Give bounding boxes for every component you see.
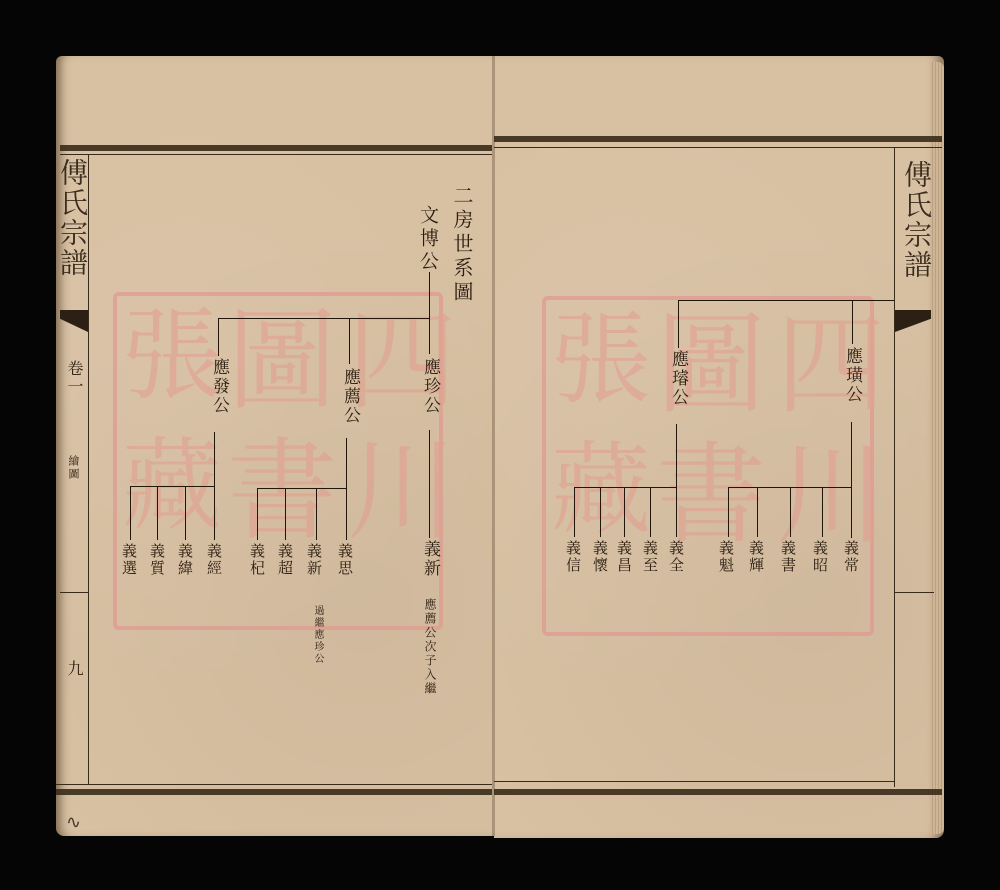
person-yijing: 義經: [206, 543, 221, 577]
person-yishu: 義書: [780, 540, 795, 574]
top-border-right: [494, 136, 942, 142]
person-yingzhen: 應珍公: [421, 358, 438, 415]
person-yingjian: 應薦公: [341, 368, 358, 425]
seal-char: 四: [776, 310, 886, 420]
section-label: 繪圖: [68, 455, 79, 481]
handwritten-mark: ∿: [66, 812, 81, 833]
person-yichao: 義超: [277, 543, 292, 577]
tree-line: [822, 487, 823, 537]
tree-line: [130, 486, 215, 487]
person-yiquan: 義全: [668, 540, 683, 574]
person-yiwei: 義緯: [177, 543, 192, 577]
tree-line: [574, 487, 677, 488]
open-book: 傅氏宗譜 傅氏宗譜 卷一 繪圖 九 四 川 圖 書 張 藏 四 川 圖 書 張 …: [0, 0, 1000, 890]
volume-label: 卷一: [66, 360, 82, 396]
person-yizhao: 義昭: [812, 540, 827, 574]
tree-line: [218, 318, 430, 319]
seal-char: 藏: [551, 440, 651, 540]
tree-line: [316, 488, 317, 540]
tree-line: [257, 488, 347, 489]
seal-char: 書: [227, 436, 337, 546]
person-yingfa: 應發公: [210, 358, 227, 415]
seal-char: 圖: [227, 306, 337, 416]
person-yixuan: 義選: [121, 543, 136, 577]
bottom-border-right: [494, 789, 942, 795]
margin-divider-right: [894, 592, 934, 593]
person-yizhi: 義質: [149, 543, 164, 577]
tree-line: [728, 487, 729, 537]
library-seal-right: 四 川 圖 書 張 藏: [542, 296, 874, 636]
person-yichang2: 義昌: [616, 540, 631, 574]
library-seal-left: 四 川 圖 書 張 藏: [113, 292, 443, 630]
bottom-inner-border-right: [494, 781, 894, 782]
chart-heading: 二房世系圖: [452, 185, 472, 305]
tree-line: [257, 488, 258, 540]
person-yihuai: 義懷: [592, 540, 607, 574]
seal-char: 川: [347, 436, 457, 546]
tree-line: [757, 487, 758, 537]
tree-line: [157, 486, 158, 540]
person-yizhi2: 義至: [642, 540, 657, 574]
tree-line: [429, 318, 430, 354]
tree-line: [185, 486, 186, 540]
seal-char: 書: [656, 440, 766, 550]
seal-char: 四: [347, 306, 457, 416]
tree-line: [429, 430, 430, 538]
tree-line: [429, 272, 430, 318]
tree-line: [676, 424, 677, 537]
tree-line: [285, 488, 286, 540]
tree-line: [214, 486, 215, 540]
tree-line: [218, 318, 219, 356]
person-yichang: 義常: [843, 540, 858, 574]
tree-line: [346, 438, 347, 488]
person-yixin: 義新: [306, 543, 321, 577]
margin-rule-right: [894, 147, 895, 787]
person-yinghuang: 應璜公: [843, 347, 860, 404]
tree-line: [130, 486, 131, 540]
person-yisi: 義思: [337, 543, 352, 577]
tree-line: [574, 487, 575, 537]
person-yingxuan: 應璿公: [669, 350, 686, 407]
tree-line: [851, 422, 852, 538]
transfer-note: 過繼應珍公: [312, 605, 322, 665]
ancestor-name: 文博公: [418, 205, 437, 274]
tree-line: [852, 300, 853, 344]
margin-title-left: 傅氏宗譜: [58, 158, 86, 278]
tree-line: [346, 488, 347, 540]
person-yikui: 義魁: [718, 540, 733, 574]
person-yixin2: 義信: [565, 540, 580, 574]
tree-line: [678, 300, 894, 301]
tree-line: [349, 318, 350, 364]
top-inner-border-left: [60, 154, 492, 155]
bottom-inner-border-left: [56, 784, 492, 785]
seal-char: 張: [122, 306, 222, 406]
tree-line: [650, 487, 651, 537]
top-inner-border-right: [494, 147, 942, 148]
tree-line: [624, 487, 625, 537]
margin-title-right: 傅氏宗譜: [902, 160, 930, 280]
seal-char: 張: [551, 310, 651, 410]
person-yixin-adopted: 義新: [421, 540, 438, 578]
seal-char: 川: [776, 440, 886, 550]
bottom-border-left: [56, 789, 492, 795]
person-yihui: 義輝: [748, 540, 763, 574]
top-border-left: [60, 145, 492, 151]
book-gutter: [492, 56, 495, 836]
page-number: 九: [66, 660, 82, 678]
person-yiqi: 義杞: [249, 543, 264, 577]
adoption-note: 應薦公次子入繼: [424, 598, 436, 696]
margin-divider-left: [60, 592, 88, 593]
tree-line: [678, 300, 679, 348]
tree-line: [790, 487, 791, 537]
tree-line: [600, 487, 601, 537]
tree-line: [214, 432, 215, 486]
